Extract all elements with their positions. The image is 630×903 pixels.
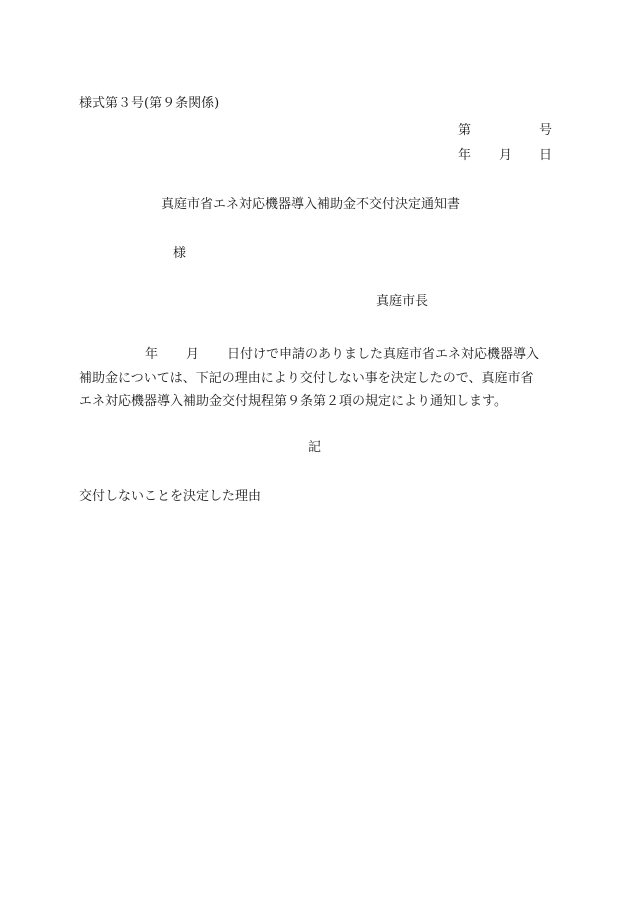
body-line-3: エネ対応機器導入補助金交付規程第９条第２項の規定により通知します。 — [79, 390, 554, 414]
date-day-label: 日 — [539, 148, 552, 164]
date-month-label: 月 — [499, 148, 512, 164]
doc-number-prefix: 第 — [458, 123, 471, 139]
form-number: 様式第３号(第９条関係) — [79, 96, 219, 112]
body-year-label: 年 — [145, 347, 158, 362]
addressee-honorific: 様 — [173, 246, 186, 262]
doc-number-suffix: 号 — [539, 123, 552, 139]
body-line-1-text: 日付けで申請のありました真庭市省エネ対応機器導入 — [227, 347, 539, 362]
body-month-label: 月 — [186, 347, 199, 362]
body-line-2: 補助金については、下記の理由により交付しない事を決定したので、真庭市省 — [79, 367, 554, 391]
body-paragraph: 年月日付けで申請のありました真庭市省エネ対応機器導入 補助金については、下記の理… — [79, 343, 554, 414]
issuer-name: 真庭市長 — [376, 294, 428, 310]
document-title: 真庭市省エネ対応機器導入補助金不交付決定通知書 — [161, 197, 460, 213]
body-line-1: 年月日付けで申請のありました真庭市省エネ対応機器導入 — [79, 343, 554, 367]
reason-label: 交付しないことを決定した理由 — [79, 489, 261, 505]
ki-heading: 記 — [308, 440, 321, 456]
date-year-label: 年 — [458, 148, 471, 164]
